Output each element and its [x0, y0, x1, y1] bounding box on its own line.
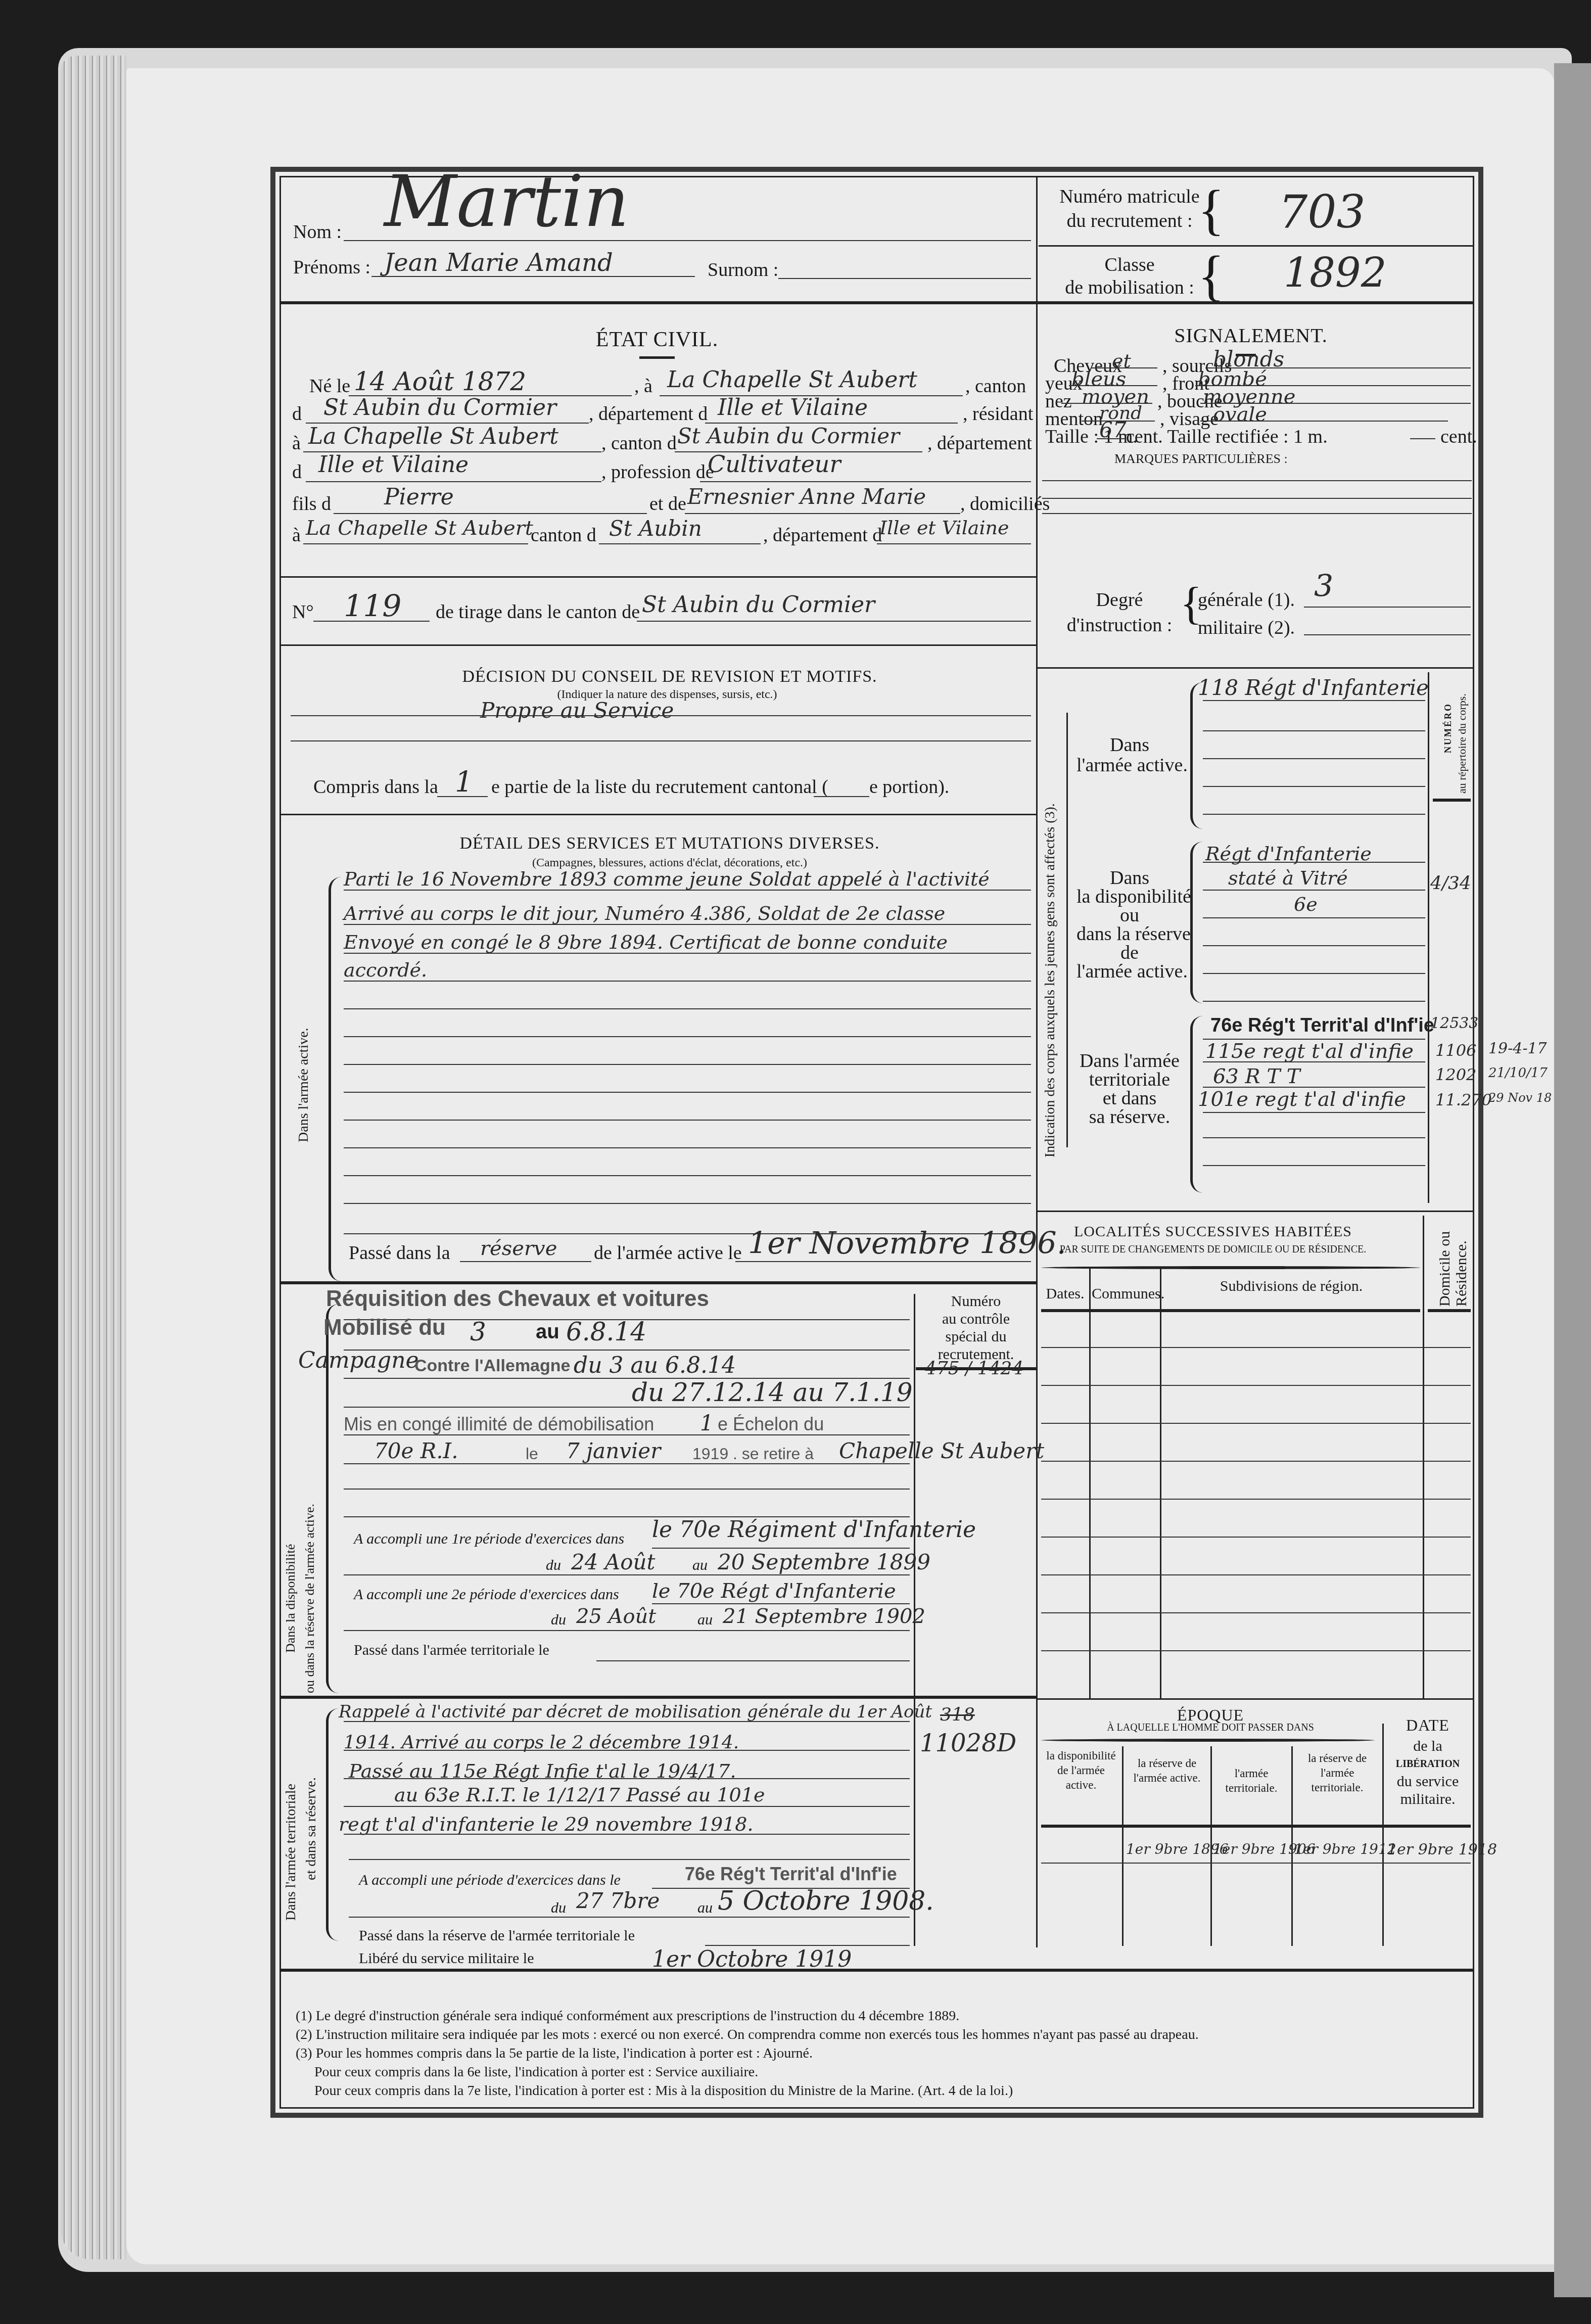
decision-value: Propre au Service [480, 700, 674, 721]
territoriale-label: territoriale [1077, 1070, 1183, 1089]
line [344, 1574, 910, 1575]
active-entry: 118 Régt d'Infanterie [1198, 677, 1429, 699]
nom-label: Nom : [293, 222, 342, 242]
line [344, 1630, 910, 1631]
localites-divider [1423, 1216, 1424, 1698]
periode-du: 27 7bre [576, 1890, 660, 1912]
line [599, 543, 761, 544]
row-line [1041, 1461, 1471, 1462]
disponibilite-label: la disponibilité [1077, 887, 1183, 906]
line [344, 1350, 910, 1351]
line [814, 796, 869, 797]
line [334, 513, 647, 514]
line [344, 1203, 1031, 1204]
prenoms-label: Prénoms : [293, 258, 370, 277]
classe-value: 1892 [1284, 253, 1387, 293]
territoriale-numero: 11.270 [1435, 1092, 1492, 1108]
periode-stamp: 76e Rég't Territ'al d'Inf'ie [685, 1865, 897, 1883]
a3-label: à [292, 526, 301, 545]
mobilise-au-label: au [536, 1322, 559, 1342]
lieu-naissance: La Chapelle St Aubert [667, 369, 917, 391]
signalement-title: SIGNALEMENT. [1137, 323, 1365, 347]
line [637, 621, 1031, 622]
taille: 67 [1099, 420, 1126, 441]
periode-2-au: 21 Septembre 1902 [723, 1606, 925, 1626]
pere: Pierre [384, 486, 454, 508]
corps-side-label: Indication des corps auxquels les jeunes… [1042, 803, 1058, 1157]
territoriale-date: 19-4-17 [1488, 1041, 1547, 1056]
line [344, 1750, 910, 1751]
conge-stamp: Mis en congé illimité de démobilisation [344, 1415, 654, 1433]
matricule-label-1: Numéro matricule [1054, 187, 1205, 206]
visage: ovale [1213, 404, 1267, 425]
contre-stamp: Contre l'Allemagne [414, 1357, 570, 1374]
liberation-label: du service [1385, 1774, 1471, 1789]
etat-civil-divider [281, 576, 1036, 578]
line [1042, 480, 1472, 481]
line [344, 1175, 1031, 1176]
header-rule [1428, 1309, 1471, 1312]
line [1042, 498, 1472, 499]
periode-2-du: 25 Août [576, 1606, 656, 1626]
services-title: DÉTAIL DES SERVICES ET MUTATIONS DIVERSE… [354, 834, 986, 853]
line [1203, 945, 1425, 946]
canton3-label: canton d [531, 526, 596, 545]
line [652, 1548, 910, 1549]
mobilise-du: 3 [470, 1319, 486, 1344]
epoque-col-header: la réserve de l'armée territoriale. [1294, 1751, 1381, 1795]
residant-label: , résidant [963, 404, 1033, 424]
line [344, 1092, 1031, 1093]
line [344, 1434, 910, 1435]
periode-1-au: 20 Septembre 1899 [718, 1552, 930, 1573]
tirage-label: de tirage dans le canton de [436, 602, 640, 622]
numero-col-label: Numéro [916, 1294, 1036, 1309]
domicilies-label: , domiciliés [960, 494, 1050, 514]
de-label: d [292, 404, 302, 424]
line [1203, 862, 1425, 863]
row-line [1041, 1537, 1471, 1538]
line [1203, 730, 1425, 731]
footnote: Pour ceux compris dans la 6e liste, l'in… [314, 2065, 758, 2079]
profession: Cultivateur [708, 452, 840, 476]
line [344, 1721, 910, 1722]
line [344, 1834, 910, 1835]
row-line [1041, 1650, 1471, 1651]
numero-column-divider [914, 1294, 915, 1696]
line [1203, 917, 1425, 918]
periode-1-au-label: au [692, 1558, 708, 1573]
services-subtitle: (Campagnes, blessures, actions d'éclat, … [455, 857, 884, 869]
territoriale-label: et dans [1077, 1089, 1183, 1108]
line [1203, 1112, 1425, 1113]
line [652, 1603, 910, 1604]
disponibilite-side-label-2: ou dans la réserve de l'armée active. [302, 1504, 317, 1693]
marques-label: MARQUES PARTICULIÈRES : [1114, 452, 1288, 466]
numero-rule [1433, 799, 1471, 802]
prenoms-value: Jean Marie Amand [384, 251, 613, 275]
disponibilite-label: ou [1077, 906, 1183, 925]
brace-icon [329, 877, 341, 1281]
territoriale-numero: 1202 [1435, 1066, 1476, 1083]
row-line [1041, 1423, 1471, 1424]
departement-naissance: Ille et Vilaine [718, 397, 868, 419]
line [1203, 1001, 1425, 1002]
generale-label: générale (1). [1198, 590, 1295, 610]
disponibilite-label: l'armée active. [1077, 962, 1183, 981]
col-header-communes: Communes. [1092, 1286, 1160, 1302]
footnote: Pour ceux compris dans la 7e liste, l'in… [314, 2084, 1013, 2098]
periode-2-au-label: au [697, 1612, 713, 1628]
line [1410, 438, 1435, 439]
territoriale-line: au 63e R.I.T. le 1/12/17 Passé au 101e [394, 1785, 765, 1804]
line [1203, 758, 1425, 759]
corps-side-divider [1066, 713, 1068, 1147]
campagne-1: du 3 au 6.8.14 [574, 1355, 736, 1377]
brace-icon [1190, 842, 1203, 1003]
periode-au: 5 Octobre 1908. [718, 1888, 934, 1914]
title-rule [639, 356, 675, 359]
line [1203, 700, 1425, 701]
line [1203, 1137, 1425, 1138]
d-label: d [292, 462, 302, 482]
line [460, 1261, 591, 1262]
col-divider [1089, 1269, 1091, 1698]
line [1203, 814, 1425, 815]
tirage-divider [281, 644, 1036, 646]
mobilise-au: 6.8.14 [566, 1319, 646, 1344]
periode-2-corps: le 70e Régt d'Infanterie [652, 1581, 896, 1601]
militaire-label: militaire (2). [1198, 618, 1295, 637]
localites-subtitle: PAR SUITE DE CHANGEMENTS DE DOMICILE OU … [1046, 1244, 1380, 1254]
departement-residence: Ille et Vilaine [318, 454, 469, 476]
conge-annee: 1919 [692, 1446, 728, 1462]
line [1304, 607, 1471, 608]
et-de-label: et de [649, 494, 686, 514]
le-label: le [526, 1446, 538, 1462]
territoriale-label: Dans l'armée [1077, 1051, 1183, 1071]
retire-label: . se retire à [733, 1446, 814, 1462]
adjacent-page [1554, 63, 1591, 2297]
line [349, 1859, 910, 1860]
disponibilite-side-label-1: Dans la disponibilité [283, 1544, 298, 1653]
compris-label-2: e partie de la liste du recrutement cant… [491, 777, 828, 797]
brace-rule [1041, 1266, 1420, 1269]
territoriale-numero: 12533 [1430, 1016, 1478, 1031]
passe-label-2: de l'armée active le [594, 1243, 742, 1263]
value-line [1041, 1863, 1471, 1864]
canton-label: , canton [965, 377, 1026, 396]
line [1203, 973, 1425, 974]
departement3-label: , département d [763, 526, 882, 545]
line [1304, 634, 1471, 635]
line [700, 481, 1031, 482]
ne-le-label: Né le [309, 377, 350, 396]
residence: La Chapelle St Aubert [308, 426, 558, 448]
territoriale-numero-1: 318 [940, 1706, 975, 1724]
col-divider [1160, 1269, 1161, 1698]
compris-divider [281, 814, 1036, 815]
canton-naissance: St Aubin du Cormier [323, 397, 556, 419]
localites-divider [1038, 1698, 1473, 1700]
row-line [1041, 1385, 1471, 1386]
periode-au-label: au [697, 1900, 713, 1916]
territoriale-date: 29 Nov 18 [1488, 1092, 1552, 1104]
disponibilite-divider [281, 1696, 1036, 1699]
mere: Ernesnier Anne Marie [687, 486, 926, 507]
territoriale-corps: 101e regt t'al d'infie [1198, 1089, 1406, 1109]
services-line: Envoyé en congé le 8 9bre 1894. Certific… [344, 933, 948, 952]
matricule-label-2: du recrutement : [1054, 211, 1205, 230]
corps-divider [1038, 1211, 1473, 1212]
line [1203, 1061, 1425, 1062]
disponibilite-label: de [1077, 943, 1183, 962]
epoque-col-header: l'armée territoriale. [1213, 1767, 1290, 1796]
line [344, 1806, 910, 1807]
line [1203, 786, 1425, 787]
line [291, 715, 1031, 716]
line [344, 1120, 1031, 1121]
line [349, 1917, 910, 1918]
disponibilite-label: dans la réserve [1077, 924, 1183, 944]
requisition-stamp: Réquisition des Chevaux et voitures [326, 1288, 709, 1310]
page-edges [61, 56, 126, 2259]
services-line: Arrivé au corps le dit jour, Numéro 4.38… [344, 904, 945, 923]
echelon-label: e Échelon du [718, 1415, 824, 1433]
brace-glyph: { [1198, 182, 1225, 238]
territoriale-date: 21/10/17 [1488, 1066, 1548, 1080]
date-naissance: 14 Août 1872 [354, 369, 526, 394]
line [344, 1064, 1031, 1065]
footnote: (3) Pour les hommes compris dans la 5e p… [296, 2047, 813, 2061]
nom-value: Martin [384, 167, 629, 238]
periode-label: A accompli une période d'exercices dans … [359, 1873, 621, 1888]
campagne-2: du 27.12.14 au 7.1.19 [632, 1380, 913, 1405]
line [877, 543, 1031, 544]
numero-label-2: au répertoire du corps. [1456, 693, 1469, 794]
line [596, 1660, 910, 1661]
campagne-label: Campagne [298, 1350, 419, 1372]
territoriale-corps: 76e Rég't Territ'al d'Inf'ie [1210, 1016, 1434, 1035]
instruction-divider [1038, 667, 1473, 669]
periode-du-label: du [551, 1900, 566, 1916]
col-header-dates: Dates. [1041, 1286, 1089, 1302]
libere-label: Libéré du service militaire le [359, 1951, 534, 1966]
canton-residence: St Aubin du Cormier [677, 426, 900, 447]
line [344, 981, 1031, 982]
instruction-label-1: Degré [1056, 590, 1183, 610]
disponibilite-entry: Régt d'Infanterie [1205, 844, 1372, 863]
col-divider [1122, 1746, 1124, 1946]
matricule-value: 703 [1279, 190, 1366, 235]
compris-label-3: e portion). [869, 777, 949, 797]
passe-value-1: réserve [480, 1238, 557, 1259]
brace-rule [1041, 1739, 1375, 1742]
line [344, 1147, 1031, 1148]
localites-title: LOCALITÉS SUCCESSIVES HABITÉES [1066, 1223, 1360, 1240]
row-line [1041, 1574, 1471, 1575]
disponibilite-numero: 475 / 1424 [925, 1360, 1023, 1378]
services-line: accordé. [344, 960, 427, 980]
header-rule [1041, 1309, 1420, 1312]
line [306, 481, 601, 482]
header-rule [1041, 1825, 1471, 1828]
departement-label: , département d [589, 404, 708, 424]
territoriale-corps: 115e regt t'al d'infie [1205, 1041, 1414, 1061]
epoque-value: 1er 9bre 1912 [1294, 1842, 1396, 1856]
disponibilite-label: Dans [1077, 868, 1183, 888]
numero-label-1: NUMÉRO [1443, 703, 1454, 753]
departement2-label: , département [927, 434, 1032, 453]
active-label: Dans [1077, 735, 1183, 755]
classe-label-2: de mobilisation : [1054, 278, 1205, 297]
services-side-label: Dans l'armée active. [296, 1028, 312, 1142]
line [705, 1945, 910, 1946]
surnom-line [778, 278, 1031, 279]
sourcils: blonds [1213, 349, 1284, 370]
periode-1-du-label: du [546, 1558, 561, 1573]
localites-side-label: Résidence. [1453, 1240, 1470, 1307]
line [344, 1463, 910, 1464]
disponibilite-entry: 6e [1294, 895, 1318, 914]
line [1042, 513, 1472, 514]
echelon: 1 [700, 1413, 714, 1434]
epoque-subtitle: À LAQUELLE L'HOMME DOIT PASSER DANS [1056, 1723, 1365, 1733]
line [344, 1008, 1031, 1009]
territoriale-line: 1914. Arrivé au corps le 2 décembre 1914… [344, 1734, 739, 1752]
disponibilite-entry: staté à Vitré [1228, 868, 1348, 888]
territoriale-label: sa réserve. [1077, 1107, 1183, 1127]
reserve-label: Passé dans la réserve de l'armée territo… [359, 1928, 635, 1943]
domicile-parents: La Chapelle St Aubert [306, 518, 533, 538]
services-divider [281, 1281, 1036, 1284]
line [344, 1407, 910, 1408]
header-divider [281, 301, 1473, 304]
epoque-col-header: la disponibilité de l'armée active. [1041, 1749, 1121, 1792]
regiment: 70e R.I. [374, 1440, 458, 1462]
localites-side-label: Domicile ou [1436, 1231, 1454, 1307]
territoriale-line: regt t'al d'infanterie le 29 novembre 19… [339, 1815, 754, 1834]
col-divider [1382, 1724, 1384, 1946]
liberation-title: DATE [1385, 1716, 1471, 1735]
compris-partie: 1 [455, 768, 473, 797]
corps-numero-divider [1428, 672, 1429, 1203]
periode-1-corps: le 70e Régiment d'Infanterie [652, 1519, 976, 1541]
line [344, 1036, 1031, 1037]
brace-glyph: { [1198, 248, 1225, 303]
periode-2-label: A accompli une 2e période d'exercices da… [354, 1587, 619, 1602]
line [303, 543, 528, 544]
services-line: Parti le 16 Novembre 1893 comme jeune So… [344, 869, 990, 889]
mobilise-label: Mobilisé du [323, 1317, 446, 1339]
passe-label-1: Passé dans la [349, 1243, 450, 1263]
liberation-label: militaire. [1385, 1792, 1471, 1807]
cent-label: cent. [1440, 427, 1477, 446]
brace-icon [326, 1708, 339, 1941]
line [685, 513, 960, 514]
periode-1-label: A accompli une 1re période d'exercices d… [354, 1531, 624, 1547]
tirage-numero: 119 [344, 591, 402, 622]
territoriale-label: Passé dans l'armée territoriale le [354, 1643, 549, 1658]
a2-label: à [292, 434, 301, 453]
line [344, 1778, 910, 1779]
liberation-label: de la [1385, 1739, 1471, 1754]
decision-title: DÉCISION DU CONSEIL DE REVISION ET MOTIF… [354, 667, 986, 686]
profession-label: , profession de [601, 462, 714, 482]
numero-col-label: au contrôle [916, 1312, 1036, 1327]
territoriale-numero: 1106 [1435, 1042, 1476, 1058]
retire-lieu: Chapelle St Aubert [839, 1440, 1044, 1462]
territoriale-side-label-2: et dans sa réserve. [303, 1777, 319, 1880]
disponibilite-numero: 4/34 [1430, 874, 1471, 893]
footnotes-divider [281, 1969, 1473, 1972]
col-header-subdivisions: Subdivisions de région. [1162, 1279, 1420, 1294]
conge-date: 7 janvier [566, 1440, 661, 1462]
fils-label: fils d [292, 494, 331, 514]
etat-civil-title: ÉTAT CIVIL. [556, 328, 758, 352]
canton-d-label: , canton d [601, 434, 677, 453]
liberation-label: LIBÉRATION [1385, 1759, 1471, 1769]
compris-label-1: Compris dans la [313, 777, 438, 797]
classe-label-1: Classe [1054, 255, 1205, 274]
territoriale-corps: 63 R T T [1213, 1066, 1300, 1087]
periode-1-du: 24 Août [571, 1552, 655, 1573]
line [735, 1261, 1031, 1262]
footnote: (1) Le degré d'instruction générale sera… [296, 2009, 959, 2023]
departement-parents: Ille et Vilaine [879, 518, 1009, 537]
libere-date: 1er Octobre 1919 [652, 1948, 852, 1971]
canton-parents: St Aubin [609, 518, 702, 539]
main-divider [1036, 176, 1038, 1947]
row-line [1041, 1499, 1471, 1500]
footnote: (2) L'instruction militaire sera indiqué… [296, 2028, 1199, 2042]
row-line [1041, 1347, 1471, 1348]
generale-value: 3 [1314, 571, 1333, 601]
tirage-no-label: N° [292, 602, 314, 622]
passe-date: 1er Novembre 1896. [748, 1228, 1066, 1259]
territoriale-line: Rappelé à l'activité par décret de mobil… [339, 1703, 932, 1721]
periode-2-du-label: du [551, 1612, 566, 1628]
tirage-canton: St Aubin du Cormier [642, 594, 875, 616]
brace-icon [1190, 682, 1203, 829]
surnom-label: Surnom : [708, 260, 778, 280]
taille-cent-label: cent. Taille rectifiée : 1 m. [1126, 427, 1328, 446]
instruction-label-2: d'instruction : [1056, 616, 1183, 635]
active-label: l'armée active. [1077, 756, 1183, 775]
matricule-divider [1039, 245, 1473, 247]
line [1203, 890, 1425, 891]
territoriale-numero-2: 11028D [920, 1731, 1016, 1755]
line [291, 740, 1031, 741]
epoque-col-header: la réserve de l'armée active. [1125, 1756, 1209, 1786]
numero-col-label: spécial du [916, 1329, 1036, 1344]
a-label: , à [634, 377, 652, 396]
line [344, 1489, 910, 1490]
territoriale-side-label-1: Dans l'armée territoriale [283, 1784, 299, 1921]
line [1203, 1165, 1425, 1166]
liberation-value: 1er 9bre 1918 [1387, 1842, 1497, 1857]
row-line [1041, 1612, 1471, 1613]
